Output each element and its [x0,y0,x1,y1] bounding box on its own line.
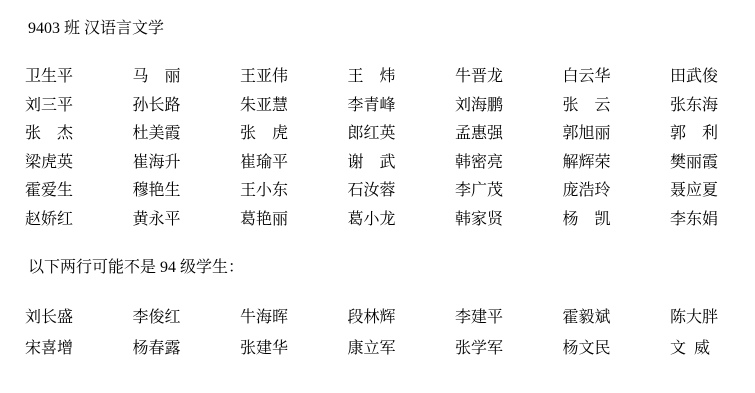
student-name: 文 威 [670,333,755,364]
note-text: 以下两行可能不是 94 级学生： [28,258,244,278]
roster-grid: 卫生平马 丽王亚伟王 炜牛晋龙白云华田武俊刘三平孙长路朱亚慧李青峰刘海鹏张 云张… [25,63,755,234]
student-name: 黄永平 [133,206,241,235]
student-name: 段林辉 [348,302,456,333]
student-name: 朱亚慧 [240,92,348,121]
student-name: 张学军 [455,333,563,364]
student-name: 张建华 [240,333,348,364]
student-name: 李广茂 [455,177,563,206]
student-name: 张 虎 [240,120,348,149]
student-name: 田武俊 [670,63,755,92]
student-name: 葛艳丽 [240,206,348,235]
student-name: 刘长盛 [25,302,133,333]
student-name: 郭旭丽 [563,120,671,149]
student-name: 庞浩玲 [563,177,671,206]
student-name: 谢 武 [348,149,456,178]
student-name: 孙长路 [133,92,241,121]
student-name: 郎红英 [348,120,456,149]
student-name: 穆艳生 [133,177,241,206]
student-name: 杜美霞 [133,120,241,149]
student-name: 杨文民 [563,333,671,364]
student-name: 李俊红 [133,302,241,333]
student-name: 崔海升 [133,149,241,178]
student-name: 张东海 [670,92,755,121]
student-name: 聂应夏 [670,177,755,206]
student-name: 李东娟 [670,206,755,235]
student-name: 王 炜 [348,63,456,92]
student-name: 康立军 [348,333,456,364]
student-name: 牛晋龙 [455,63,563,92]
student-name: 韩家贤 [455,206,563,235]
student-name: 霍毅斌 [563,302,671,333]
student-name: 卫生平 [25,63,133,92]
student-name: 张 杰 [25,120,133,149]
student-name: 张 云 [563,92,671,121]
uncertain-roster-grid: 刘长盛李俊红牛海晖段林辉李建平霍毅斌陈大胖宋喜增杨春露张建华康立军张学军杨文民文… [25,302,755,364]
page-title: 9403 班 汉语言文学 [28,19,164,39]
student-name: 郭 利 [670,120,755,149]
student-name: 杨 凯 [563,206,671,235]
student-name: 赵娇红 [25,206,133,235]
student-name: 李青峰 [348,92,456,121]
student-name: 石汝蓉 [348,177,456,206]
student-name: 霍爱生 [25,177,133,206]
student-name: 崔瑜平 [240,149,348,178]
student-name: 王小东 [240,177,348,206]
document-page: 9403 班 汉语言文学 卫生平马 丽王亚伟王 炜牛晋龙白云华田武俊刘三平孙长路… [0,0,755,393]
student-name: 王亚伟 [240,63,348,92]
student-name: 杨春露 [133,333,241,364]
student-name: 梁虎英 [25,149,133,178]
student-name: 陈大胖 [670,302,755,333]
student-name: 孟惠强 [455,120,563,149]
student-name: 李建平 [455,302,563,333]
student-name: 樊丽霞 [670,149,755,178]
student-name: 刘三平 [25,92,133,121]
student-name: 葛小龙 [348,206,456,235]
student-name: 刘海鹏 [455,92,563,121]
student-name: 韩密亮 [455,149,563,178]
student-name: 白云华 [563,63,671,92]
student-name: 宋喜增 [25,333,133,364]
student-name: 牛海晖 [240,302,348,333]
student-name: 马 丽 [133,63,241,92]
student-name: 解辉荣 [563,149,671,178]
